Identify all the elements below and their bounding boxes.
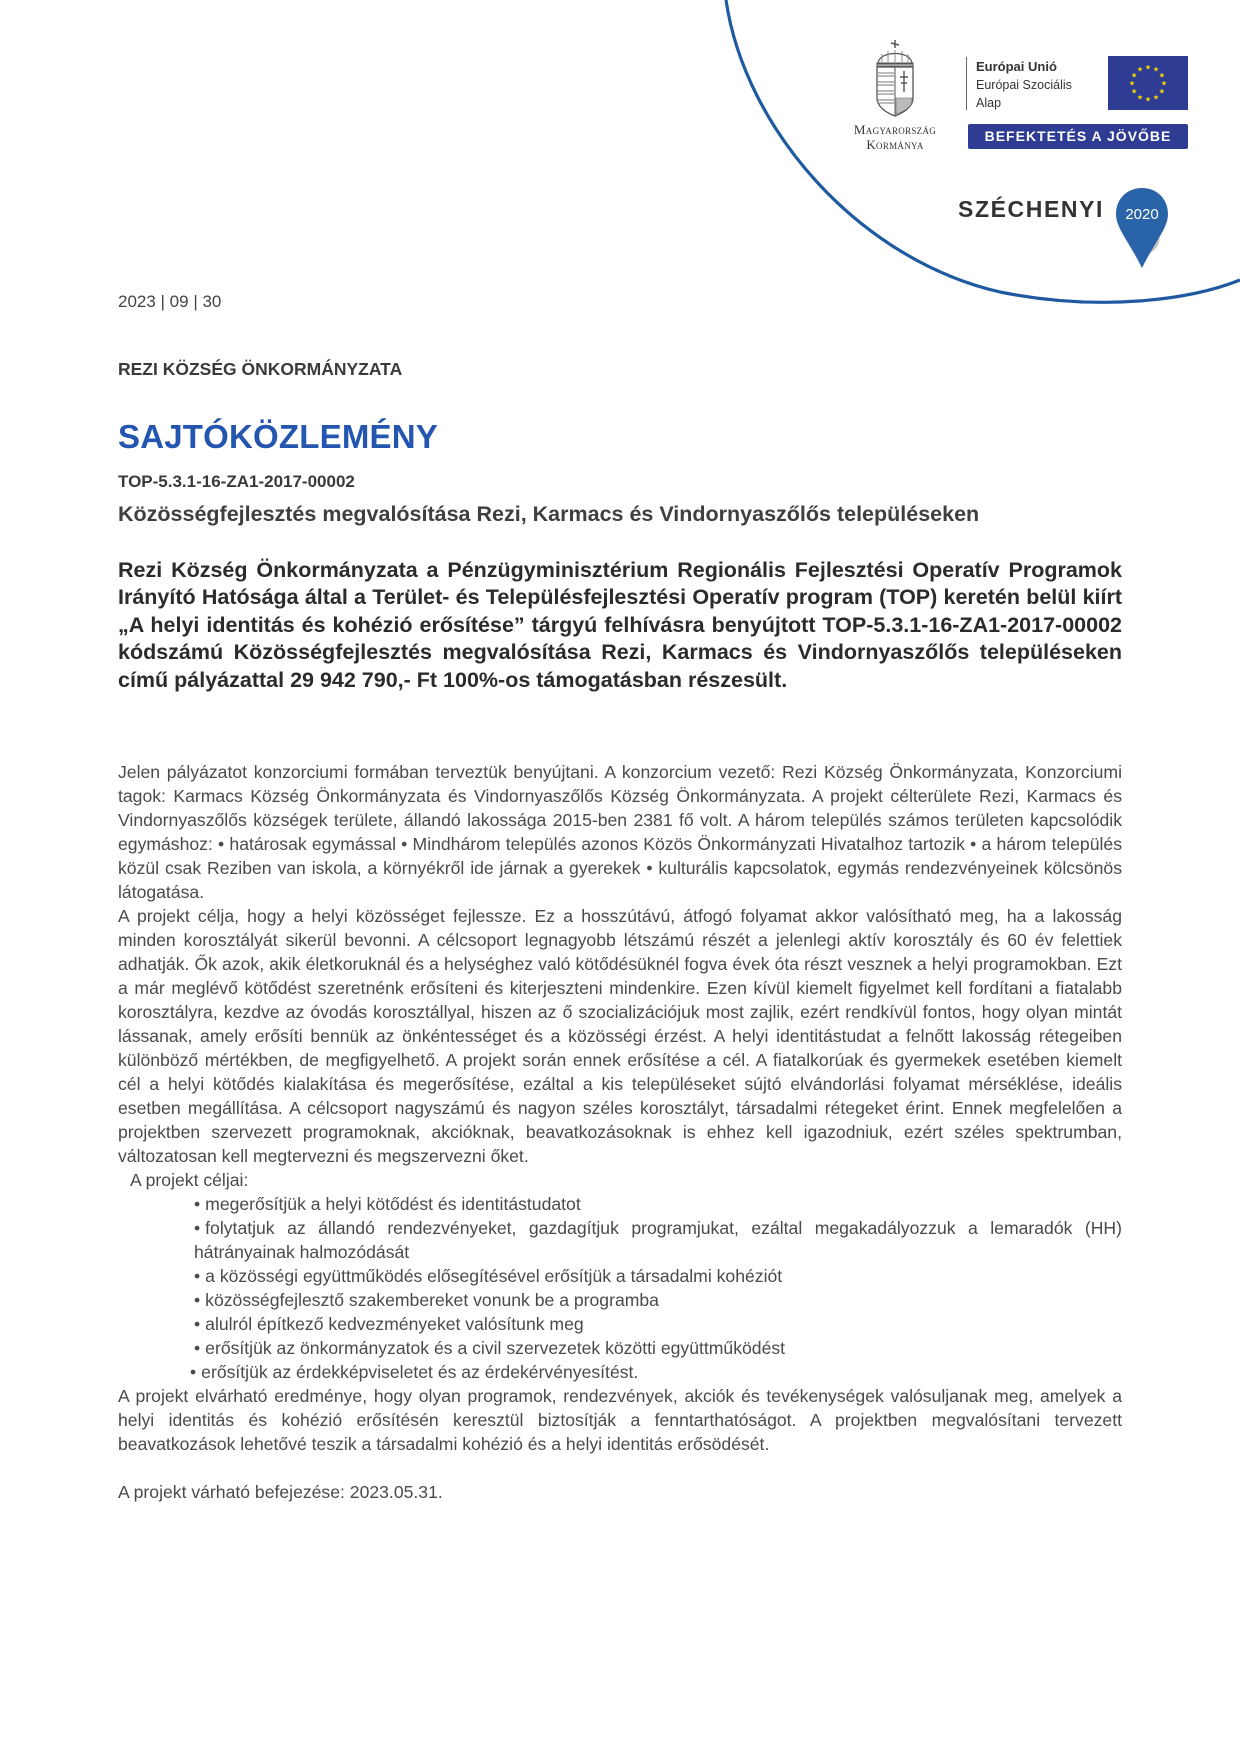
- svg-text:★: ★: [1137, 66, 1143, 74]
- list-item: •alulról építkező kedvezményeket valósít…: [194, 1312, 1122, 1336]
- eu-union-label: Európai Unió: [976, 58, 1072, 76]
- map-pin-icon: 2020: [1114, 186, 1170, 272]
- svg-text:2020: 2020: [1125, 206, 1158, 223]
- lead-paragraph: Rezi Község Önkormányzata a Pénzügyminis…: [118, 557, 1122, 694]
- svg-text:★: ★: [1129, 80, 1135, 88]
- svg-text:★: ★: [1159, 88, 1165, 96]
- eu-fund-label-2: Alap: [976, 94, 1072, 112]
- goals-heading: A projekt céljai:: [118, 1168, 1122, 1192]
- list-item: •erősítjük az érdekképviseletet és az ér…: [190, 1360, 1122, 1384]
- government-name-line2: Kormánya: [836, 137, 954, 152]
- svg-text:★: ★: [1131, 88, 1137, 96]
- decorative-arc: [0, 0, 1240, 320]
- list-item: •megerősítjük a helyi kötődést és identi…: [194, 1192, 1122, 1216]
- release-date: 2023 | 09 | 30: [118, 292, 221, 312]
- svg-text:★: ★: [1137, 93, 1143, 101]
- body-text: Jelen pályázatot konzorciumi formában te…: [118, 760, 1122, 1504]
- eu-logo-text: Európai Unió Európai Szociális Alap: [976, 58, 1072, 112]
- paragraph-consortium: Jelen pályázatot konzorciumi formában te…: [118, 760, 1122, 904]
- organization-name: REZI KÖZSÉG ÖNKORMÁNYZATA: [118, 359, 402, 380]
- list-item: •közösségfejlesztő szakembereket vonunk …: [194, 1288, 1122, 1312]
- svg-text:★: ★: [1145, 64, 1151, 72]
- eu-flag-icon: ★★★★★★★★★★★★: [1108, 56, 1188, 110]
- project-code: TOP-5.3.1-16-ZA1-2017-00002: [118, 472, 355, 492]
- svg-text:★: ★: [1159, 72, 1165, 80]
- eu-logo-divider: [966, 57, 967, 110]
- goals-list: •megerősítjük a helyi kötődést és identi…: [118, 1192, 1122, 1384]
- hungarian-coat-of-arms-icon: [870, 40, 920, 118]
- eu-fund-label: Európai Szociális: [976, 76, 1072, 94]
- government-name: Magyarország Kormánya: [836, 122, 954, 152]
- paragraph-expected-results: A projekt elvárható eredménye, hogy olya…: [118, 1384, 1122, 1456]
- project-title: Közösségfejlesztés megvalósítása Rezi, K…: [118, 502, 979, 527]
- list-item: •erősítjük az önkormányzatok és a civil …: [194, 1336, 1122, 1360]
- svg-text:★: ★: [1145, 96, 1151, 104]
- eu-slogan-banner: BEFEKTETÉS A JÖVŐBE: [968, 124, 1188, 149]
- government-name-line1: Magyarország: [836, 122, 954, 137]
- szechenyi-logo-text: SZÉCHENYI: [958, 196, 1104, 223]
- completion-date: A projekt várható befejezése: 2023.05.31…: [118, 1480, 1122, 1504]
- list-item: •folytatjuk az állandó rendezvényeket, g…: [194, 1216, 1122, 1264]
- hungarian-government-logo: Magyarország Kormánya: [836, 40, 954, 152]
- page-title: SAJTÓKÖZLEMÉNY: [118, 418, 438, 456]
- svg-text:★: ★: [1153, 93, 1159, 101]
- svg-text:★: ★: [1161, 80, 1167, 88]
- paragraph-goals-intro: A projekt célja, hogy a helyi közösséget…: [118, 904, 1122, 1168]
- list-item: •a közösségi együttműködés elősegítéséve…: [194, 1264, 1122, 1288]
